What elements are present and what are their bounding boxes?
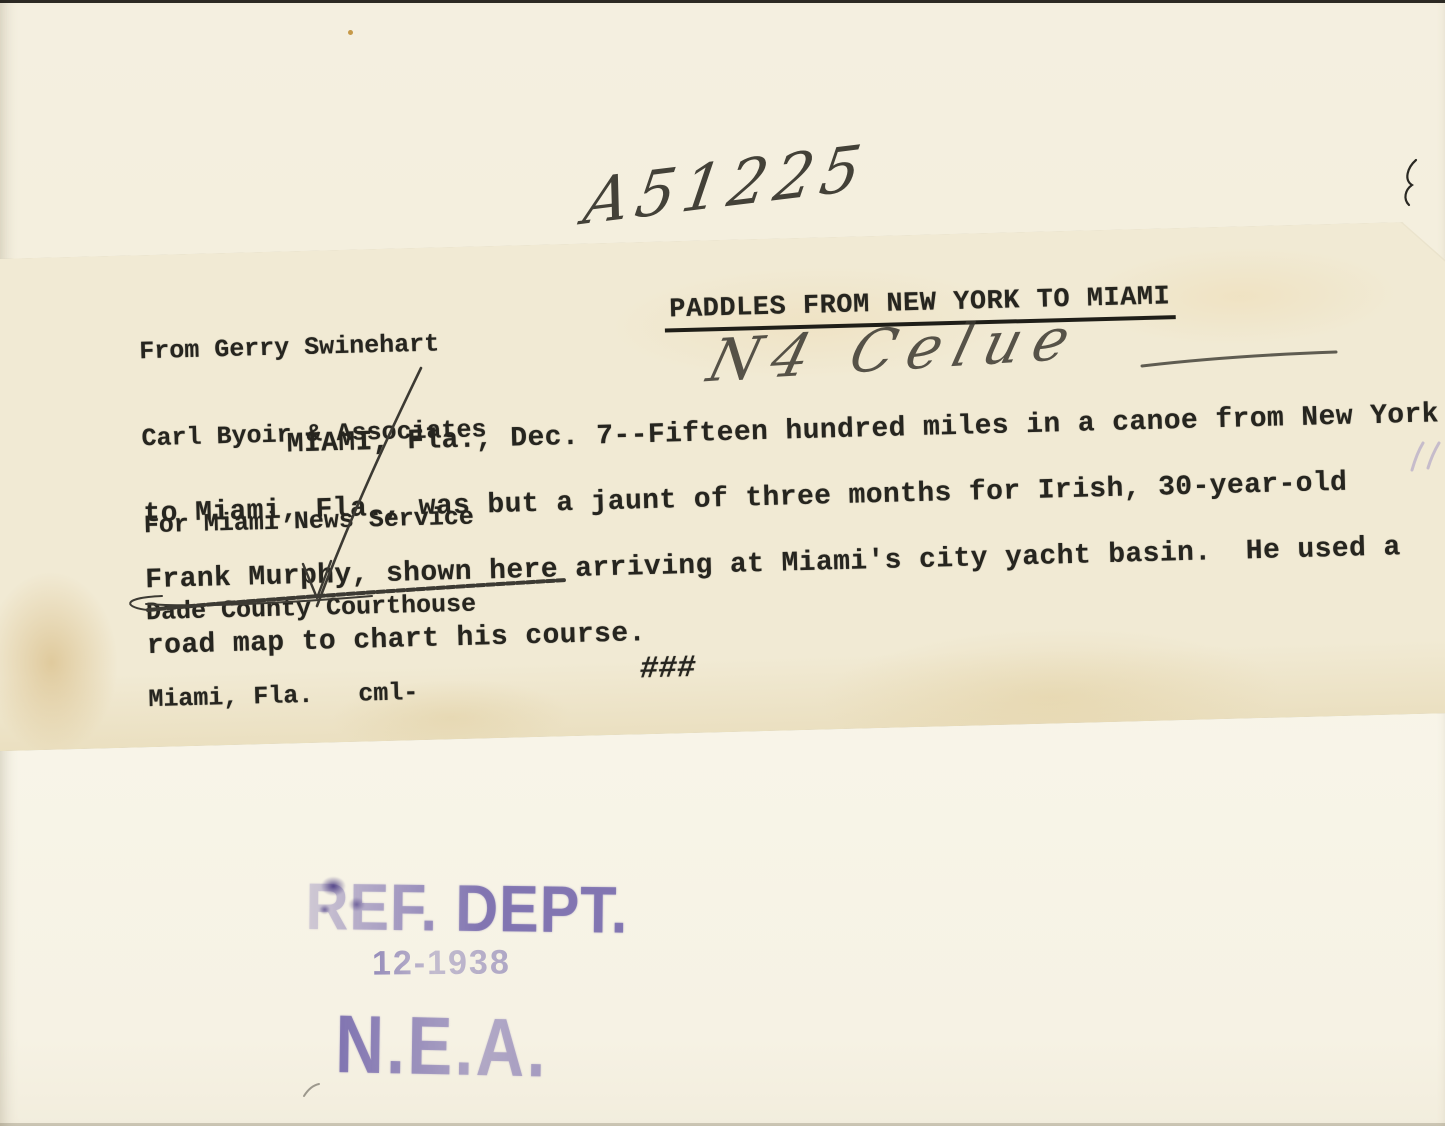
sender-line: Dade County Courthouse — [146, 589, 492, 627]
ink-squiggle-mark — [1405, 160, 1416, 205]
handwritten-photo-id: A51225 — [579, 130, 873, 240]
nea-stamp: N.E.A. — [335, 998, 549, 1097]
end-mark: ### — [638, 651, 698, 688]
stamp-ink-blob — [316, 868, 374, 920]
scan-top-edge — [0, 0, 1445, 3]
date-stamp: 12-1938 — [372, 943, 511, 983]
pencil-tick-mark — [304, 1084, 319, 1096]
slip-folded-corner — [1400, 221, 1445, 276]
photo-back-scan: A51225 From Gerry Swinehart Carl Byoir &… — [0, 0, 1445, 1126]
paper-fleck — [348, 30, 353, 35]
caption-slip: From Gerry Swinehart Carl Byoir & Associ… — [0, 221, 1445, 752]
sender-line: Miami, Fla. cml- — [148, 676, 494, 714]
sender-line: From Gerry Swinehart — [139, 328, 485, 366]
